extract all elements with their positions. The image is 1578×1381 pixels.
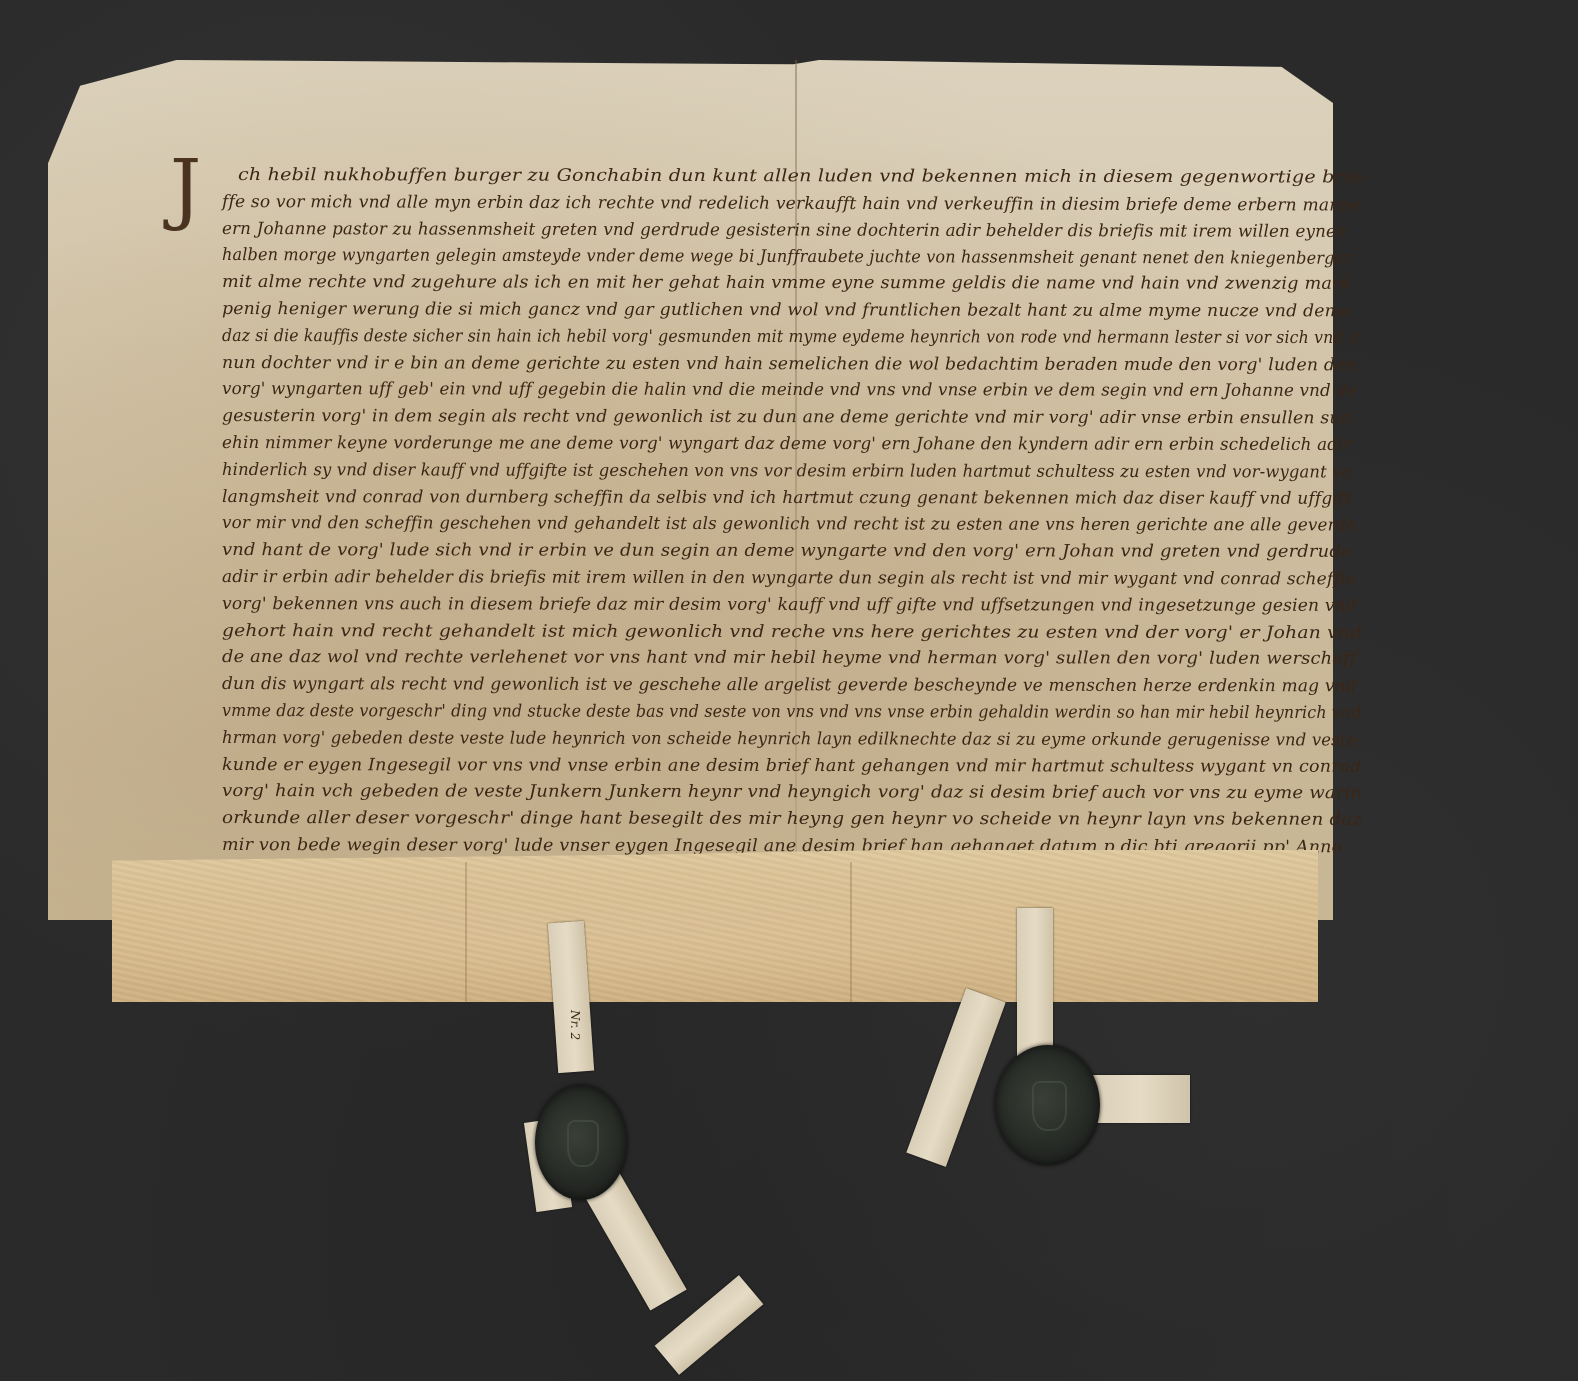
charter-text-line: gesusterin vorg' in dem segin als recht …: [222, 406, 1352, 428]
charter-text-line: gehort hain vnd recht gehandelt ist mich…: [222, 621, 1362, 643]
charter-text-line: vorg' hain vch gebeden de veste Junkern …: [222, 781, 1362, 803]
charter-text-line: orkunde aller deser vorgeschr' dinge han…: [222, 808, 1362, 830]
charter-text-line: vor mir vnd den scheffin geschehen vnd g…: [222, 513, 1357, 535]
tag-annotation: Nr. 2: [568, 1010, 582, 1040]
charter-text-line: hinderlich sy vnd diser kauff vnd uffgif…: [222, 460, 1352, 482]
charter-text-line: langmsheit vnd conrad von durnberg schef…: [222, 487, 1352, 509]
charter-text-line: adir ir erbin adir behelder dis briefis …: [222, 567, 1357, 589]
charter-text-line: kunde er eygen Ingesegil vor vns vnd vns…: [222, 755, 1362, 777]
plica-seam: [465, 862, 467, 1002]
charter-text-line: ern Johanne pastor zu hassenmsheit grete…: [222, 219, 1347, 242]
charter-text-line: vorg' wyngarten uff geb' ein vnd uff geg…: [222, 379, 1357, 401]
charter-text-line: mit alme rechte vnd zugehure als ich en …: [222, 272, 1352, 294]
charter-text-line: ffe so vor mich vnd alle myn erbin daz i…: [222, 192, 1362, 216]
charter-text-line: vmme daz deste vorgeschr' ding vnd stuck…: [222, 701, 1362, 723]
decorated-initial: J: [170, 150, 201, 228]
charter-text-line: nun dochter vnd ir e bin an deme gericht…: [222, 353, 1357, 375]
wax-seal-right: [995, 1045, 1100, 1165]
charter-text-line: de ane daz wol vnd rechte verlehenet vor…: [222, 647, 1357, 669]
charter-text-line: vorg' bekennen vns auch in diesem briefe…: [222, 594, 1357, 616]
charter-text-line: daz si die kauffis deste sicher sin hain…: [222, 326, 1362, 348]
seal-tag-right-upper: [1017, 908, 1053, 1068]
wax-seal-left: [535, 1085, 627, 1200]
seal-tag-right-end: [1090, 1075, 1190, 1123]
charter-text-line: ehin nimmer keyne vorderunge me ane deme…: [222, 433, 1352, 455]
charter-text-line: vnd hant de vorg' lude sich vnd ir erbin…: [222, 540, 1352, 562]
charter-text-line: dun dis wyngart als recht vnd gewonlich …: [222, 674, 1357, 696]
charter-text-line: ch hebil nukhobuffen burger zu Gonchabin…: [238, 165, 1368, 188]
plica-fold: [112, 850, 1318, 1002]
charter-text-line: hrman vorg' gebeden deste veste lude hey…: [222, 728, 1362, 750]
plica-seam: [850, 862, 852, 1002]
charter-text-line: penig heniger werung die si mich gancz v…: [222, 299, 1352, 321]
